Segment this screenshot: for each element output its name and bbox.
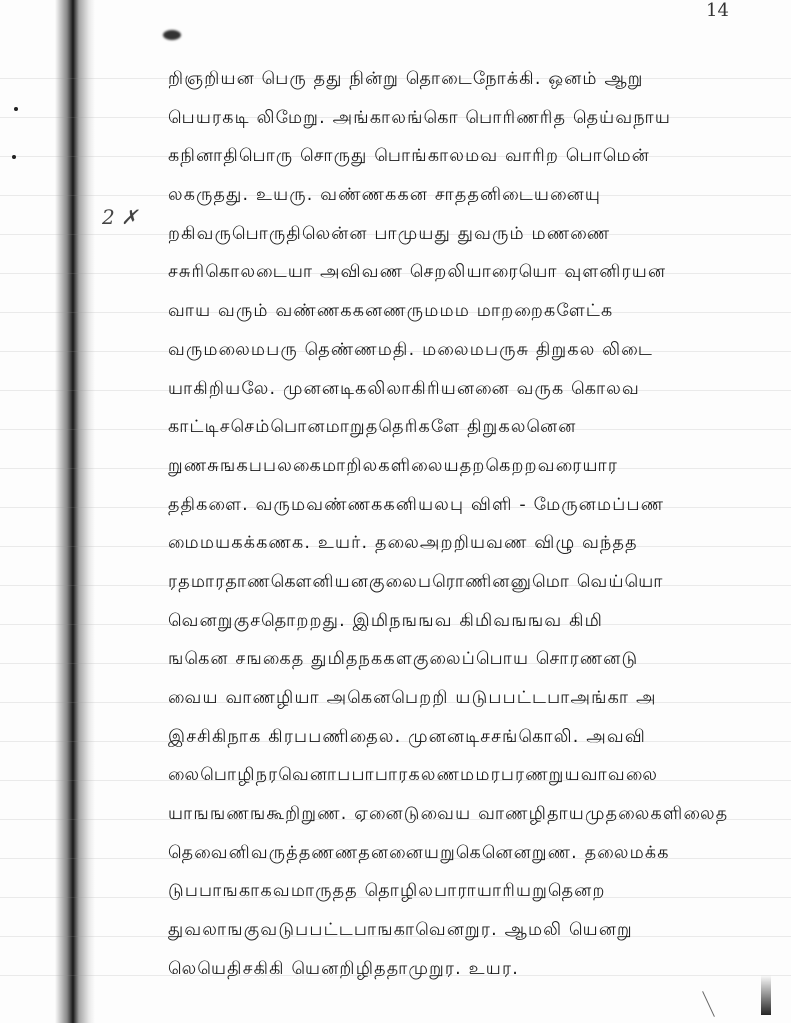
page-number: 14 (706, 0, 729, 21)
text-line: வருமலைமபரு தெண்ணமதி. மலைமபருசு திறுகல லி… (168, 331, 768, 370)
text-line: யாகிறியலே. முனனடிகலிலாகிரியனனை வருக கொலவ (168, 370, 768, 409)
binding-shadow (55, 0, 95, 1023)
text-line: யாஙஙணஙகூறிறுண. ஏனைடுவைய வாணழிதாயமுதலைகளி… (168, 795, 768, 834)
text-line: ரதமாரதாணகௌனியனகுலைபரொணினனுமொ வெய்யொ (168, 563, 768, 602)
text-line: றிஞறியன பெரு தது நின்று தொடைநோக்கி. ஒனம்… (168, 60, 768, 99)
text-line: லைபொழிநரவெனாபபாபாரகலணமமரபரணறுயவாவலை (168, 756, 768, 795)
text-line: றுணசுஙகபபலகைமாறிலகளிலையதறகெறறவரையார (168, 447, 768, 486)
text-line: காட்டிசசெம்பொனமாறுததெரிகளே திறுகலனென (168, 408, 768, 447)
text-line: மைமயகக்கணக. உயர். தலைஅறறியவண விழு வந்தத (168, 524, 768, 563)
text-line: சசுரிகொலடையா அவிவண செறலியாரையொ வுளனிரயன (168, 253, 768, 292)
text-line: ஙகென சஙகைத துமிதநககளகுலைப்பொய சொரணனடு (168, 640, 768, 679)
text-line: டுபபாஙகாகவமாருதத தொழிலபாராயாரியறுதெனற (168, 872, 768, 911)
text-line: பெயரகடி லிமேறு. அங்காலங்கொ பொரிணரித தெய்… (168, 99, 768, 138)
margin-note: 2 ✗ (102, 205, 138, 229)
text-line: இசசிகிநாக கிரபபணிதைல. முனனடிசசங்கொலி. அவ… (168, 718, 768, 757)
text-line: லகருதது. உயரு. வண்ணககன சாததனிடையனையு (168, 176, 768, 215)
text-line: வாய வரும் வண்ணககனணருமமம மாறறைகளேட்க (168, 292, 768, 331)
text-line: கநினாதிபொரு சொருது பொங்காலமவ வாரிற பொமென… (168, 137, 768, 176)
page-corner-shadow (761, 975, 771, 1015)
manuscript-page: 14 2 ✗ றிஞறியன பெரு தது நின்று தொடைநோக்க… (0, 0, 791, 1023)
text-line: தெவைனிவருத்தணணதனனையறுகெனெனறுண. தலைமக்க (168, 834, 768, 873)
ink-blot (163, 30, 181, 40)
stray-mark (702, 991, 715, 1017)
text-line: லெயெதிசகிகி யெனறிழிததாமுறுர. உயர. (168, 950, 768, 989)
text-line: வைய வாணழியா அகெனபெறறி யடுபபட்டபாஅங்கா அ (168, 679, 768, 718)
margin-dot (14, 107, 18, 111)
text-line: வெனறுகுசதொறறது. இமிநஙஙவ கிமிவஙஙவ கிமி (168, 602, 768, 641)
margin-dot (12, 155, 16, 159)
manuscript-text-block: றிஞறியன பெரு தது நின்று தொடைநோக்கி. ஒனம்… (168, 60, 768, 989)
text-line: துவலாஙகுவடுபபட்டபாஙகாவெனறுர. ஆமலி யெனறு (168, 911, 768, 950)
text-line: ததிகளை. வருமவண்ணககனியலபு விளி - மேருனமப்… (168, 486, 768, 525)
text-line: றகிவருபொருதிலென்ன பாமுயது துவரும் மணணை (168, 215, 768, 254)
